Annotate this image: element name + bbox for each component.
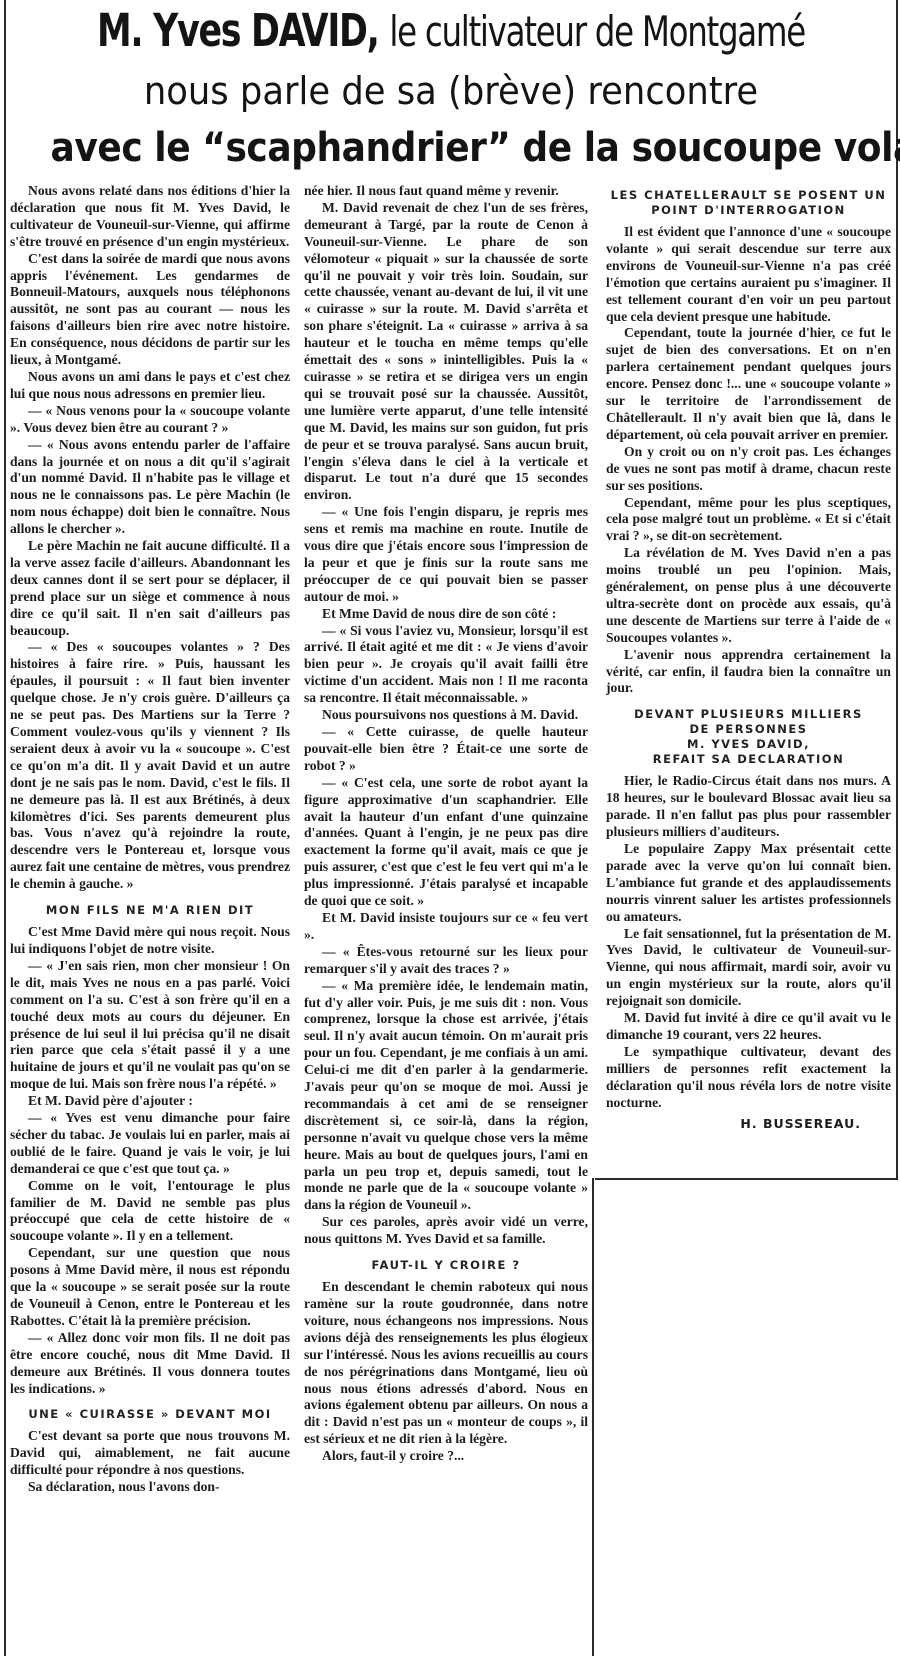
column-2-section-2: En descendant le chemin raboteux qui nou… [304, 1279, 588, 1465]
paragraph: La révélation de M. Yves David n'en a pa… [606, 545, 891, 646]
subheading-line: REFAIT SA DECLARATION [606, 752, 891, 767]
paragraph: Cependant, même pour les plus sceptiques… [606, 495, 891, 546]
column-3-body: Il est évident que l'annonce d'une « sou… [606, 224, 891, 697]
paragraph: — « Cette cuirasse, de quelle hauteur po… [304, 724, 588, 775]
paragraph: — « Nous avons entendu parler de l'affai… [10, 437, 290, 538]
paragraph: Il est évident que l'annonce d'une « sou… [606, 224, 891, 325]
right-border-rule [896, 0, 898, 1180]
article-column-3: LES CHATELLERAULT SE POSENT UN POINT D'I… [606, 183, 891, 1132]
paragraph: Sa déclaration, nous l'avons don- [10, 1479, 290, 1496]
paragraph: On y croit ou on n'y croit pas. Les écha… [606, 444, 891, 495]
paragraph: — « Des « soucoupes volantes » ? Des his… [10, 639, 290, 893]
column-1-section-3: C'est devant sa porte que nous trouvons … [10, 1428, 290, 1496]
paragraph: Comme on le voit, l'entourage le plus fa… [10, 1178, 290, 1246]
article-headline: M. Yves DAVID, le cultivateur de Montgam… [6, 0, 896, 177]
left-border-rule [4, 0, 6, 1656]
paragraph: — « Si vous l'aviez vu, Monsieur, lorsqu… [304, 623, 588, 708]
column-1-section-2: C'est Mme David mère qui nous reçoit. No… [10, 924, 290, 1397]
paragraph: Nous poursuivons nos questions à M. Davi… [304, 707, 588, 724]
paragraph: Hier, le Radio-Circus était dans nos mur… [606, 773, 891, 841]
paragraph: — « Êtes-vous retourné sur les lieux pou… [304, 944, 588, 978]
paragraph: C'est dans la soirée de mardi que nous a… [10, 251, 290, 369]
right-column-bottom-rule [595, 1178, 896, 1180]
paragraph: Le populaire Zappy Max présentait cette … [606, 841, 891, 926]
article-column-1: Nous avons relaté dans nos éditions d'hi… [10, 183, 290, 1496]
paragraph: Et M. David père d'ajouter : [10, 1093, 290, 1110]
newspaper-clipping: M. Yves DAVID, le cultivateur de Montgam… [0, 0, 900, 1656]
paragraph: Le fait sensationnel, fut la présentatio… [606, 926, 891, 1011]
subheading-line: DE PERSONNES [606, 722, 891, 737]
headline-line-1: M. Yves DAVID, le cultivateur de Montgam… [68, 0, 833, 63]
middle-column-border-rule [592, 1178, 594, 1656]
headline-name: M. Yves DAVID, [97, 4, 379, 57]
column-1-intro: Nous avons relaté dans nos éditions d'hi… [10, 183, 290, 893]
subheading-line: M. YVES DAVID, [606, 737, 891, 752]
paragraph: L'avenir nous apprendra certainement la … [606, 647, 891, 698]
column-2-body: née hier. Il nous faut quand même y reve… [304, 183, 588, 1248]
paragraph: — « Yves est venu dimanche pour faire sé… [10, 1110, 290, 1178]
paragraph: En descendant le chemin raboteux qui nou… [304, 1279, 588, 1448]
subheading-cuirasse: UNE « CUIRASSE » DEVANT MOI [10, 1407, 290, 1422]
paragraph: Nous avons relaté dans nos éditions d'hi… [10, 183, 290, 251]
subheading-mon-fils: MON FILS NE M'A RIEN DIT [10, 903, 290, 918]
paragraph: Et M. David insiste toujours sur ce « fe… [304, 910, 588, 944]
paragraph: — « Ma première idée, le lendemain matin… [304, 978, 588, 1215]
paragraph: — « J'en sais rien, mon cher monsieur ! … [10, 958, 290, 1093]
headline-line-1-rest: le cultivateur de Montgamé [389, 7, 805, 56]
paragraph: Cependant, sur une question que nous pos… [10, 1245, 290, 1330]
paragraph: — « Nous venons pour la « soucoupe volan… [10, 403, 290, 437]
headline-line-3: avec le “scaphandrier” de la soucoupe vo… [51, 119, 852, 177]
paragraph: Et Mme David de nous dire de son côté : [304, 606, 588, 623]
paragraph: Sur ces paroles, après avoir vidé un ver… [304, 1214, 588, 1248]
author-signature: H. BUSSEREAU. [606, 1116, 861, 1133]
paragraph: C'est Mme David mère qui nous reçoit. No… [10, 924, 290, 958]
article-column-2: née hier. Il nous faut quand même y reve… [304, 183, 588, 1465]
paragraph: Alors, faut-il y croire ?... [304, 1448, 588, 1465]
paragraph: M. David revenait de chez l'un de ses fr… [304, 200, 588, 504]
paragraph: C'est devant sa porte que nous trouvons … [10, 1428, 290, 1479]
subheading-line: DEVANT PLUSIEURS MILLIERS [606, 707, 891, 722]
paragraph: — « Une fois l'engin disparu, je repris … [304, 504, 588, 605]
subheading-faut-il-y-croire: FAUT-IL Y CROIRE ? [304, 1258, 588, 1273]
paragraph: — « C'est cela, une sorte de robot ayant… [304, 775, 588, 910]
paragraph: Le sympathique cultivateur, devant des m… [606, 1044, 891, 1112]
paragraph: Nous avons un ami dans le pays et c'est … [10, 369, 290, 403]
paragraph: Cependant, toute la journée d'hier, ce f… [606, 325, 891, 443]
headline-line-2: nous parle de sa (brève) rencontre [37, 63, 865, 119]
paragraph: née hier. Il nous faut quand même y reve… [304, 183, 588, 200]
subheading-chatellerault: LES CHATELLERAULT SE POSENT UN POINT D'I… [606, 188, 891, 218]
paragraph: — « Allez donc voir mon fils. Il ne doit… [10, 1330, 290, 1398]
paragraph: Le père Machin ne fait aucune difficulté… [10, 538, 290, 639]
paragraph: M. David fut invité à dire ce qu'il avai… [606, 1010, 891, 1044]
column-3-section-2: Hier, le Radio-Circus était dans nos mur… [606, 773, 891, 1111]
subheading-devant-plusieurs-milliers: DEVANT PLUSIEURS MILLIERSDE PERSONNESM. … [606, 707, 891, 767]
